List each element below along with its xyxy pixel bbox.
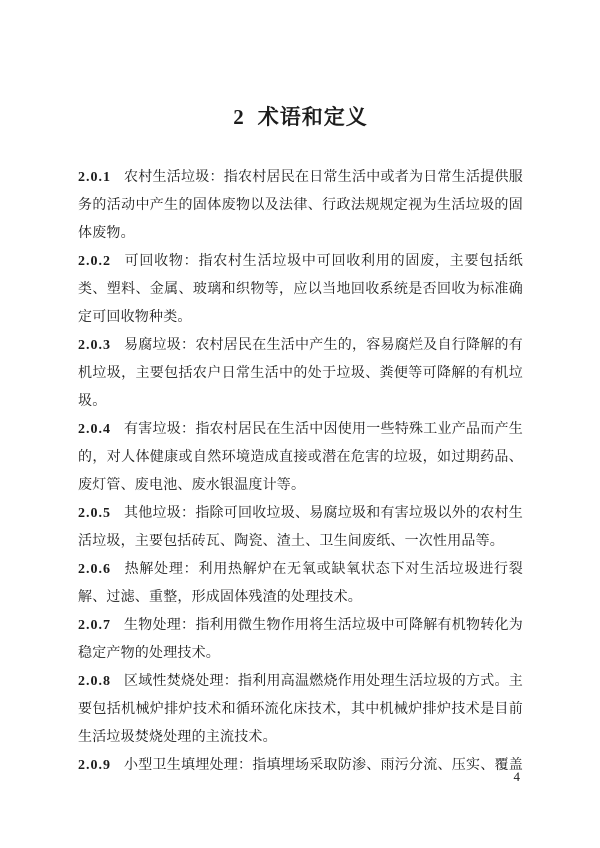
term-paragraph: 2.0.2可回收物：指农村生活垃圾中可回收利用的固废，主要包括纸类、塑料、金属、… [78,248,523,332]
term-paragraph: 2.0.4有害垃圾：指农村居民在生活中因使用一些特殊工业产品而产生的，对人体健康… [78,416,523,500]
term-paragraph: 2.0.7生物处理：指利用微生物作用将生活垃圾中可降解有机物转化为稳定产物的处理… [78,612,523,668]
term-paragraph: 2.0.6热解处理：利用热解炉在无氧或缺氧状态下对生活垃圾进行裂解、过滤、重整，… [78,556,523,612]
term-name: 可回收物： [124,254,198,269]
term-name: 热解处理： [124,562,198,577]
section-number: 2 [233,105,245,129]
term-name: 生物处理： [124,618,195,633]
term-number: 2.0.1 [78,170,111,185]
page-title: 2术语和定义 [78,103,523,131]
term-number: 2.0.5 [78,506,111,521]
term-paragraph: 2.0.3易腐垃圾：农村居民在生活中产生的，容易腐烂及自行降解的有机垃圾，主要包… [78,332,523,416]
term-name: 农村生活垃圾： [124,170,224,185]
term-number: 2.0.8 [78,674,111,689]
term-paragraph: 2.0.8区域性焚烧处理：指利用高温燃烧作用处理生活垃圾的方式。主要包括机械炉排… [78,668,523,752]
term-number: 2.0.9 [78,758,111,773]
term-number: 2.0.4 [78,422,111,437]
term-name: 区域性焚烧处理： [124,674,238,689]
page-number: 4 [514,768,521,786]
section-title: 术语和定义 [258,105,368,129]
term-number: 2.0.7 [78,618,111,633]
term-number: 2.0.6 [78,562,111,577]
document-page: 2术语和定义 2.0.1农村生活垃圾：指农村居民在日常生活中或者为日常生活提供服… [0,0,600,848]
term-name: 有害垃圾： [124,422,195,437]
term-paragraph: 2.0.1农村生活垃圾：指农村居民在日常生活中或者为日常生活提供服务的活动中产生… [78,164,523,248]
term-name: 其他垃圾： [124,506,195,521]
term-definition: 指填埋场采取防渗、雨污分流、压实、覆盖 [252,758,523,773]
term-name: 小型卫生填埋处理： [124,758,252,773]
term-paragraph: 2.0.9小型卫生填埋处理：指填埋场采取防渗、雨污分流、压实、覆盖 [78,752,523,780]
term-name: 易腐垃圾： [124,338,195,353]
terms-list: 2.0.1农村生活垃圾：指农村居民在日常生活中或者为日常生活提供服务的活动中产生… [78,164,523,780]
term-paragraph: 2.0.5其他垃圾：指除可回收垃圾、易腐垃圾和有害垃圾以外的农村生活垃圾，主要包… [78,500,523,556]
term-number: 2.0.3 [78,338,111,353]
term-number: 2.0.2 [78,254,111,269]
